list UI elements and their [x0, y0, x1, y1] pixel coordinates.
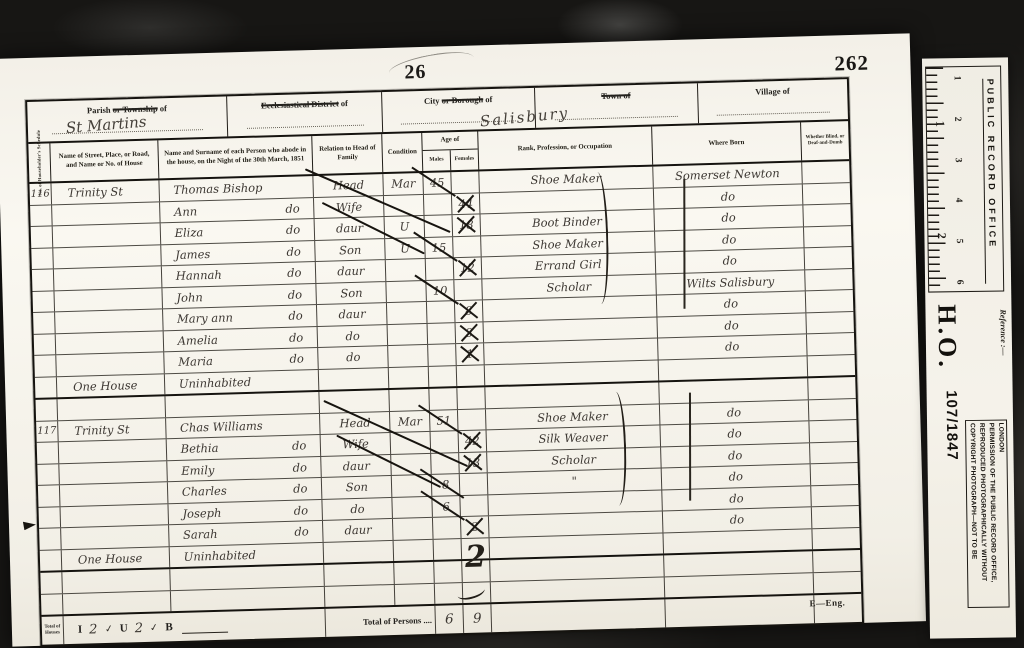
age-male-cell-value: 15 — [431, 240, 446, 254]
born-cell-value: do — [722, 254, 737, 268]
folio-number: 262 — [834, 51, 869, 77]
schedule-number-cell — [32, 269, 55, 290]
person-name: Ann — [174, 204, 198, 219]
condition-cell — [395, 583, 435, 605]
ditto-mark: do — [292, 460, 307, 474]
schedule-number-cell-value: 116 — [31, 188, 50, 200]
age-female-cell-value: 42 — [465, 434, 480, 448]
street-cell: One House — [62, 547, 170, 571]
copyright-notice-box: COPYRIGHT PHOTOGRAPH—NOT TO BE REPRODUCE… — [965, 419, 1010, 608]
blind-cell — [812, 506, 859, 528]
born-cell-value: do — [724, 297, 739, 311]
person-name: Eliza — [174, 225, 203, 240]
ruler-number: 3 — [953, 157, 963, 162]
blind-cell — [813, 550, 860, 572]
name-cell: Bethiado — [166, 435, 321, 460]
occupation-cell-value: Silk Weaver — [538, 430, 608, 446]
blind-cell — [807, 333, 854, 355]
total-persons-label: Total of Persons .... — [326, 606, 436, 637]
blind-cell — [814, 571, 861, 593]
age-female-cell-value: 1 — [466, 347, 474, 361]
born-cell: Wilts Salisbury — [656, 270, 806, 295]
relation-cell-value: do — [350, 502, 365, 516]
reference-department: H.O. — [931, 304, 962, 370]
col-age-males-label: Males — [423, 150, 451, 171]
village-label: Village — [755, 86, 780, 97]
street-cell-value: Trinity St — [68, 185, 124, 201]
blind-cell — [805, 247, 852, 269]
census-form-page: 26 262 Parish or Township of Ecclesiasti… — [0, 33, 926, 646]
street-cell — [54, 266, 162, 290]
name-cell: Charlesdo — [168, 478, 323, 503]
col-born-header: Where Born — [652, 122, 803, 164]
age-female-cell-value: 12 — [460, 261, 475, 275]
margin-mark — [23, 520, 36, 530]
relation-cell — [319, 368, 389, 390]
ruler-number: 2 — [934, 232, 949, 238]
born-cell — [664, 551, 814, 576]
age-female-cell: 12 — [454, 257, 482, 278]
name-cell: Johndo — [162, 284, 317, 309]
condition-cell — [388, 345, 428, 367]
street-cell — [52, 202, 160, 226]
born-cell-value: do — [725, 339, 740, 353]
street-cell — [54, 288, 162, 312]
age-male-cell: 45 — [423, 172, 451, 193]
person-name: Mary ann — [177, 311, 233, 327]
schedule-number-cell — [39, 528, 62, 549]
relation-cell: do — [318, 325, 388, 347]
schedule-number-cell: 116 — [29, 183, 52, 204]
col-age-label: Age of — [422, 131, 477, 151]
ruler-number: 4 — [953, 198, 963, 203]
relation-cell: daur — [316, 260, 386, 282]
street-cell — [56, 331, 164, 355]
condition-cell — [394, 562, 434, 584]
street-cell — [60, 482, 168, 506]
born-cell-value: do — [730, 512, 745, 526]
street-cell — [59, 461, 167, 485]
age-male-cell-value: 45 — [430, 176, 445, 190]
age-male-cell-value: 8 — [442, 478, 450, 492]
relation-cell-value: daur — [336, 221, 364, 236]
born-cell-value: do — [728, 469, 743, 483]
age-female-cell: 3 — [456, 322, 484, 343]
name-cell: Mary anndo — [163, 305, 318, 330]
relation-cell-value: daur — [344, 523, 372, 538]
relation-cell: do — [319, 346, 389, 368]
col-schedule-header: No. of Householder's Schedule — [28, 143, 51, 182]
relation-cell — [325, 584, 395, 606]
blind-cell — [813, 527, 860, 549]
name-cell: Mariado — [164, 348, 319, 373]
condition-cell-value: U — [399, 220, 409, 234]
schedule-number-cell — [35, 377, 58, 398]
inhabited-label: I — [78, 624, 83, 636]
public-record-office-label: PUBLIC RECORD OFFICE — [982, 79, 998, 284]
age-male-cell: 51 — [430, 410, 458, 431]
born-cell: do — [654, 205, 804, 230]
ruler-number: 5 — [954, 239, 964, 244]
schedule-number-cell — [31, 248, 54, 269]
relation-cell-value: Son — [340, 285, 363, 300]
col-age-header: Age of Males Females — [422, 131, 479, 171]
schedule-number-cell — [34, 355, 57, 376]
schedule-number-cell — [39, 507, 62, 528]
ruler-number: 2 — [952, 116, 962, 121]
schedule-number-cell — [38, 485, 61, 506]
name-cell: Hannahdo — [162, 262, 317, 287]
born-cell — [664, 573, 814, 598]
name-cell — [171, 586, 326, 611]
relation-cell-value: daur — [343, 458, 371, 473]
blank-rule — [182, 632, 228, 634]
condition-cell-value: Mar — [391, 176, 416, 191]
parish-label-of: of — [160, 103, 167, 113]
street-cell — [57, 396, 165, 420]
occupation-cell-value: Scholar — [546, 279, 591, 294]
city-label: City — [424, 96, 440, 106]
age-male-cell-value: 6 — [442, 499, 450, 513]
condition-cell — [387, 302, 427, 324]
occupation-cell-value: Boot Binder — [532, 214, 602, 230]
age-male-cell — [426, 258, 454, 279]
name-cell: Sarahdo — [169, 521, 324, 546]
age-female-cell-value: 2 — [471, 520, 479, 534]
relation-cell: daur — [317, 303, 387, 325]
ruler-number: 1 — [952, 76, 962, 81]
occupation-cell-value: Scholar — [551, 452, 596, 467]
age-female-cell — [457, 387, 485, 408]
condition-cell — [393, 496, 433, 518]
age-male-cell: 6 — [432, 496, 460, 517]
relation-cell: Son — [316, 239, 386, 261]
totals-empty-cell — [491, 599, 665, 632]
condition-cell: Mar — [390, 410, 430, 432]
born-cell — [659, 378, 809, 403]
name-cell: Ameliado — [163, 326, 318, 351]
uninhabited-count: 2 — [135, 620, 144, 635]
blind-cell — [809, 398, 856, 420]
born-cell-value: do — [722, 232, 737, 246]
schedule-number-cell — [31, 226, 54, 247]
relation-cell: Son — [322, 476, 392, 498]
age-male-cell — [428, 323, 456, 344]
age-male-cell — [428, 344, 456, 365]
relation-cell — [324, 540, 394, 562]
street-cell: Trinity St — [58, 418, 166, 442]
age-female-cell: 44 — [452, 193, 480, 214]
born-cell-value: do — [727, 405, 742, 419]
born-cell: do — [658, 334, 808, 359]
person-name: Uninhabited — [179, 375, 252, 391]
ecclesiastical-label-struck: Ecclesiastical District — [261, 98, 339, 110]
condition-cell-value: Mar — [398, 414, 423, 429]
printer-code: E—Eng. — [809, 597, 845, 608]
age-female-cell — [454, 279, 482, 300]
pro-reference-strip: 1 2 1 2 3 4 5 6 PUBLIC RECORD OFFICE Ref… — [922, 57, 1016, 638]
relation-cell-value: daur — [338, 307, 366, 322]
pen-flourish — [387, 47, 475, 83]
name-cell — [170, 565, 325, 590]
schedule-number-cell — [33, 312, 56, 333]
ditto-mark: do — [294, 503, 309, 517]
ecclesiastical-label-of: of — [341, 98, 348, 108]
born-cell-value: do — [727, 426, 742, 440]
age-female-cell: 42 — [459, 430, 487, 451]
street-cell-value: One House — [73, 378, 138, 394]
village-header: Village of — [698, 79, 848, 123]
ditto-mark: do — [287, 266, 302, 280]
ditto-mark: do — [285, 201, 300, 215]
ruler: 1 2 1 2 3 4 5 6 PUBLIC RECORD OFFICE — [925, 66, 1004, 293]
ditto-mark: do — [289, 330, 304, 344]
uninhabited-label: U — [120, 622, 128, 634]
relation-cell: Son — [317, 282, 387, 304]
name-cell: Chas Williams — [166, 413, 321, 438]
ditto-mark: do — [289, 352, 304, 366]
condition-cell — [388, 323, 428, 345]
parish-label: Parish — [87, 105, 111, 116]
age-female-cell-value: 13 — [465, 455, 480, 469]
reference-number: 107/1847 — [943, 390, 961, 461]
ruler-number: 1 — [932, 120, 947, 126]
relation-cell: do — [323, 497, 393, 519]
dotted-rule — [247, 125, 364, 129]
ruler-number: 6 — [954, 280, 964, 285]
born-cell-value: Wilts Salisbury — [686, 274, 774, 290]
total-houses-label: Total of Houses — [42, 616, 65, 645]
occupation-cell-value: " — [571, 474, 577, 488]
relation-cell-value: Head — [333, 178, 364, 193]
age-female-cell — [457, 365, 485, 386]
occupation-cell — [485, 360, 659, 385]
check-mark: ✓ — [104, 623, 114, 635]
person-name: James — [175, 247, 210, 262]
born-cell: do — [656, 291, 806, 316]
born-cell-value: Somerset Newton — [675, 166, 780, 183]
age-male-cell — [429, 388, 457, 409]
person-name: Charles — [182, 484, 227, 499]
village-label-of: of — [783, 86, 790, 96]
pen-line — [689, 393, 691, 501]
born-cell: do — [655, 227, 805, 252]
blind-cell — [811, 463, 858, 485]
schedule-number-cell: 117 — [36, 421, 59, 442]
town-label-struck: Town of — [601, 90, 630, 101]
col-name-header: Name and Surname of each Person who abod… — [158, 136, 314, 178]
age-male-cell: 15 — [425, 237, 453, 258]
blind-cell — [810, 441, 857, 463]
born-cell: do — [661, 443, 811, 468]
reference-label: Reference :— — [998, 309, 1008, 355]
sheet-number: 26 — [404, 61, 427, 85]
name-cell: Uninhabited — [169, 542, 324, 567]
ditto-mark: do — [288, 309, 303, 323]
street-cell — [63, 591, 171, 615]
blind-cell — [807, 312, 854, 334]
schedule-number-cell — [34, 334, 57, 355]
relation-cell-value: daur — [337, 264, 365, 279]
age-male-cell — [431, 431, 459, 452]
blind-cell — [804, 204, 851, 226]
born-cell-value: do — [721, 211, 736, 225]
street-cell: One House — [57, 374, 165, 398]
ditto-mark: do — [292, 439, 307, 453]
ditto-mark: do — [288, 287, 303, 301]
condition-cell — [389, 366, 429, 388]
born-cell — [658, 356, 808, 381]
condition-cell: U — [385, 237, 425, 259]
blind-cell — [804, 226, 851, 248]
person-name: Amelia — [177, 333, 218, 348]
total-males: 6 — [435, 605, 464, 634]
schedule-number-cell — [30, 205, 53, 226]
person-name: Joseph — [182, 506, 221, 521]
age-female-cell: 1 — [456, 343, 484, 364]
schedule-number-cell — [40, 572, 63, 593]
age-female-cell-value: 3 — [465, 325, 473, 339]
inhabited-count: 2 — [89, 622, 98, 637]
relation-cell — [325, 563, 395, 585]
city-label-of: of — [485, 94, 492, 104]
occupation-cell-value: Shoe Maker — [537, 409, 608, 425]
blind-cell — [806, 290, 853, 312]
blind-cell — [811, 484, 858, 506]
name-cell: Josephdo — [168, 499, 323, 524]
street-cell — [55, 309, 163, 333]
street-cell — [53, 223, 161, 247]
total-females: 9 — [463, 604, 492, 633]
person-name: Uninhabited — [183, 548, 256, 564]
street-cell-value: One House — [78, 551, 143, 567]
age-female-cell-value: 44 — [458, 196, 473, 210]
name-cell: Uninhabited — [165, 369, 320, 394]
relation-cell-value: Son — [339, 243, 362, 258]
schedule-number-cell — [36, 399, 59, 420]
condition-cell: Mar — [384, 173, 424, 195]
total-houses-values: I 2 ✓ U 2 ✓ B — [64, 609, 327, 644]
age-male-cell-value: 51 — [436, 413, 451, 427]
name-cell: Anndo — [160, 198, 315, 223]
col-condition-header: Condition — [382, 133, 423, 172]
relation-cell-value: do — [346, 350, 361, 364]
pen-line — [683, 179, 685, 309]
schedule-number-cell — [37, 464, 60, 485]
col-relation-header: Relation to Head of Family — [313, 134, 384, 174]
relation-cell-value: do — [345, 329, 360, 343]
dotted-rule — [716, 112, 829, 116]
born-cell: do — [662, 486, 812, 511]
born-cell: do — [659, 400, 809, 425]
schedule-number-cell — [37, 442, 60, 463]
relation-cell-value: Son — [346, 480, 369, 495]
blind-cell — [803, 183, 850, 205]
person-name: Sarah — [183, 527, 218, 542]
age-female-cell — [460, 473, 488, 494]
name-cell: Emilydo — [167, 456, 322, 481]
check-mark: ✓ — [149, 622, 159, 634]
street-cell — [62, 569, 170, 593]
condition-cell — [393, 518, 433, 540]
blind-cell — [802, 161, 849, 183]
person-name: Chas Williams — [180, 418, 263, 434]
person-name: Hannah — [176, 268, 222, 283]
person-name: Emily — [181, 463, 215, 478]
relation-cell-value: Head — [339, 415, 370, 430]
age-male-cell — [433, 517, 461, 538]
age-male-cell-value: 10 — [433, 283, 448, 297]
schedule-number-cell-value: 117 — [37, 426, 56, 438]
scanned-census-page: 26 262 Parish or Township of Ecclesiasti… — [0, 0, 1024, 648]
col-age-females-label: Females — [451, 149, 478, 170]
born-cell: do — [660, 421, 810, 446]
ditto-mark: do — [286, 223, 301, 237]
totals-empty-cell — [665, 595, 815, 627]
schedule-number-cell — [32, 291, 55, 312]
street-cell — [53, 245, 161, 269]
occupation-cell — [490, 533, 664, 558]
schedule-number-cell — [41, 594, 64, 615]
blind-cell — [808, 355, 855, 377]
col-street-header: Name of Street, Place, or Road, and Name… — [50, 140, 159, 181]
condition-cell — [394, 539, 434, 561]
person-name: Maria — [178, 354, 213, 369]
dotted-rule — [555, 116, 678, 120]
born-cell-value: do — [728, 448, 743, 462]
copyright-notice: COPYRIGHT PHOTOGRAPH—NOT TO BE REPRODUCE… — [967, 423, 1008, 606]
ditto-mark: do — [293, 482, 308, 496]
census-table: Parish or Township of Ecclesiastical Dis… — [25, 77, 864, 647]
street-cell-value: Trinity St — [74, 422, 130, 438]
age-male-cell: 10 — [426, 280, 454, 301]
age-female-cell — [460, 495, 488, 516]
blind-cell — [810, 420, 857, 442]
name-cell: Elizado — [160, 219, 315, 244]
born-cell: do — [661, 464, 811, 489]
age-male-cell — [434, 561, 462, 582]
age-female-cell — [451, 171, 479, 192]
street-cell — [59, 439, 167, 463]
born-cell: Somerset Newton — [653, 162, 803, 187]
born-cell-value: do — [724, 318, 739, 332]
person-name: Bethia — [180, 441, 218, 456]
ecclesiastical-header: Ecclesiastical District of — [227, 92, 383, 136]
schedule-number-cell — [40, 550, 63, 571]
relation-cell — [320, 390, 390, 412]
age-male-cell — [424, 194, 452, 215]
born-cell-value: do — [729, 491, 744, 505]
city-label-struck: or Borough — [442, 94, 484, 105]
age-female-cell — [453, 236, 481, 257]
age-male-cell — [434, 539, 462, 560]
born-cell — [663, 529, 813, 554]
age-female-cell-value: 18 — [459, 218, 474, 232]
col-blind-header: Whether Blind, or Deaf-and-Dumb — [801, 121, 849, 160]
name-cell — [165, 392, 320, 417]
street-cell — [56, 352, 164, 376]
ditto-mark: do — [294, 525, 309, 539]
relation-cell: daur — [323, 519, 393, 541]
born-cell: do — [653, 184, 803, 209]
age-female-cell-value: 8 — [465, 304, 473, 318]
person-name: Thomas Bishop — [173, 181, 262, 197]
name-cell: Thomas Bishop — [159, 176, 314, 201]
person-name: John — [176, 290, 203, 305]
building-label: B — [165, 621, 173, 633]
age-female-cell: 18 — [453, 214, 481, 235]
blind-cell — [808, 377, 855, 399]
